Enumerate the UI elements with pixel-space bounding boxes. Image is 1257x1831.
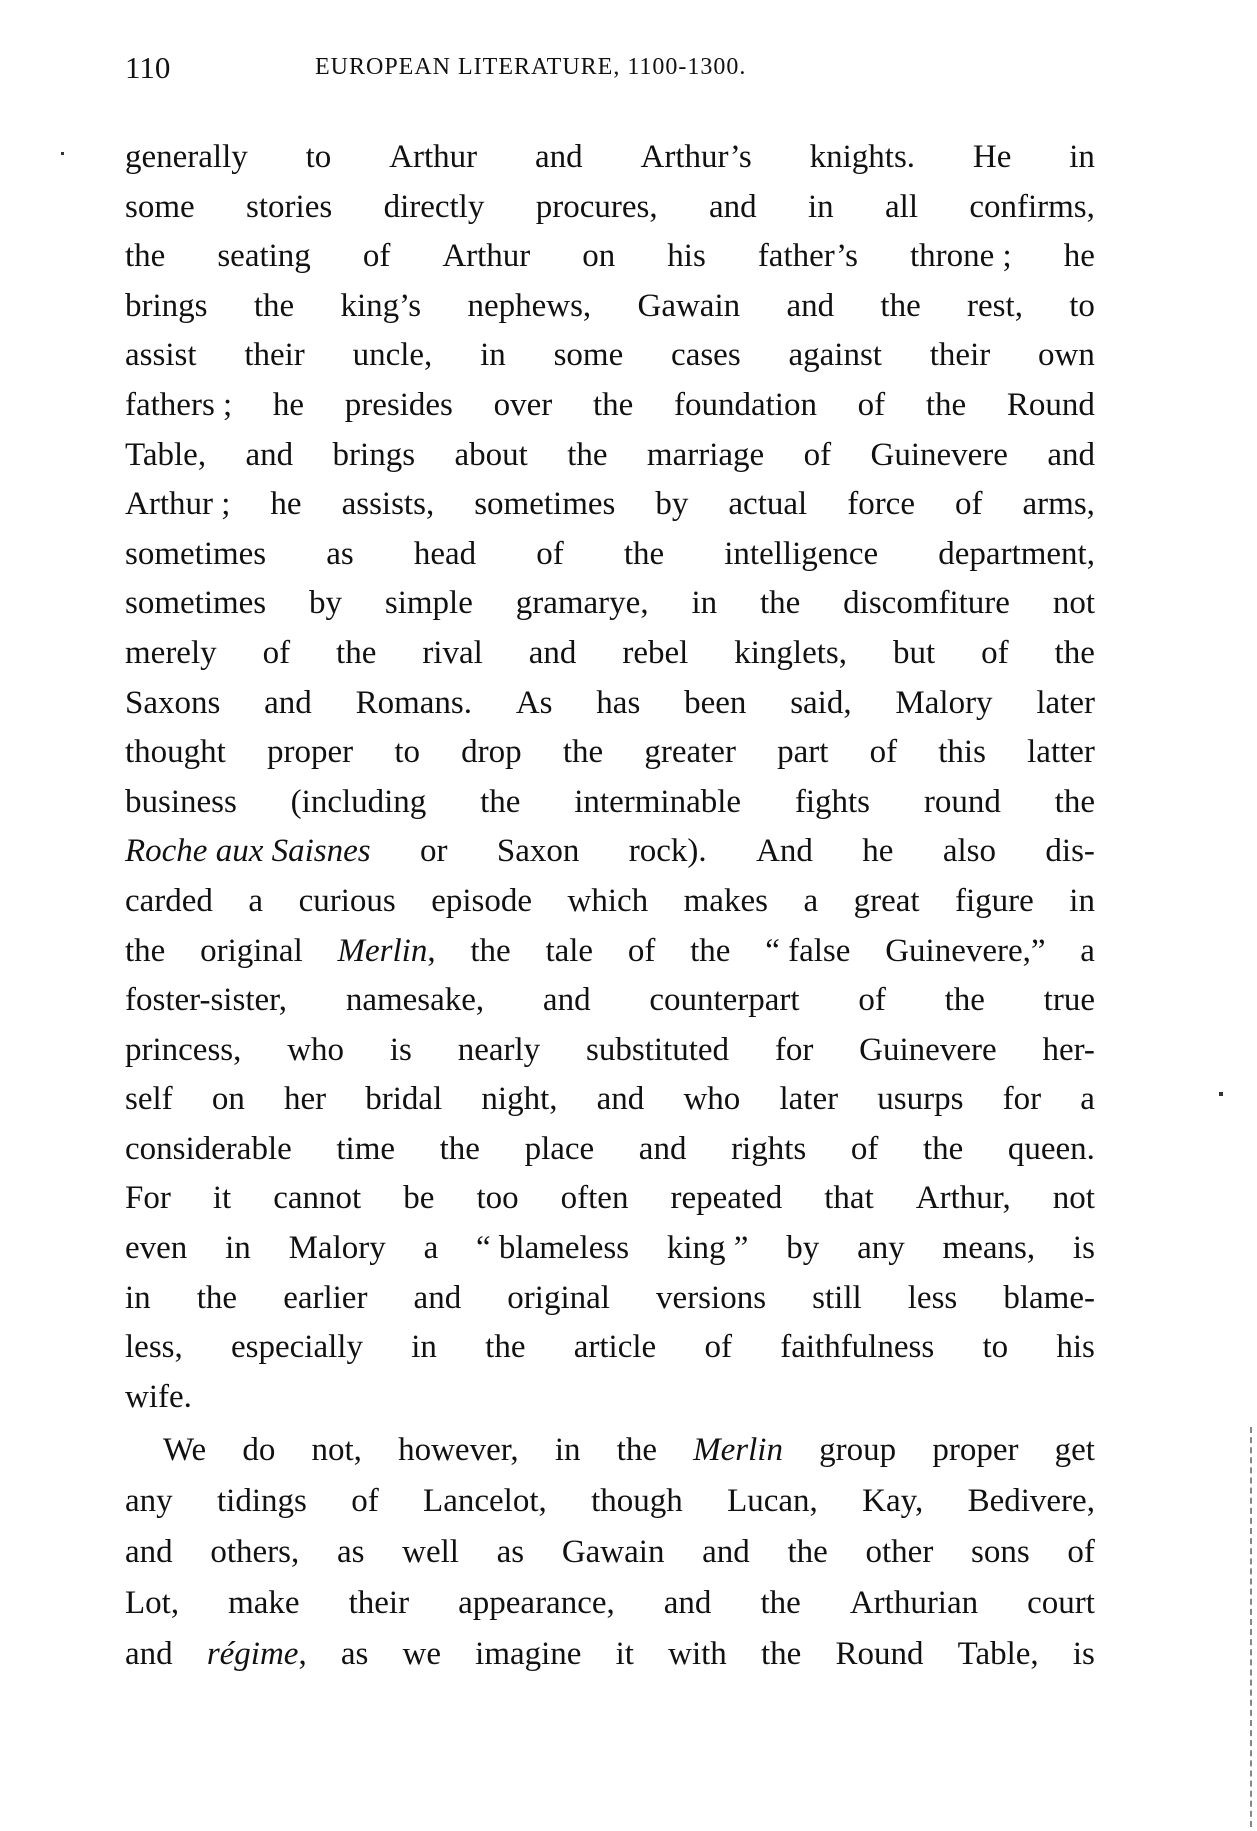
- word: procures,: [536, 183, 658, 233]
- text-line: bringstheking’snephews,Gawainandtherest,…: [125, 282, 1095, 332]
- word: less,: [125, 1323, 183, 1373]
- word: the: [760, 1578, 800, 1629]
- word: a: [1080, 927, 1095, 977]
- word: of: [536, 530, 564, 580]
- word: too: [476, 1174, 518, 1224]
- word: of: [628, 927, 656, 977]
- word: but: [893, 629, 935, 679]
- word: some: [554, 331, 624, 381]
- word: also: [943, 827, 996, 877]
- word: Arthur ;: [125, 480, 230, 530]
- text-line: foster-sister,namesake,andcounterpartoft…: [125, 976, 1095, 1026]
- word: others,: [210, 1527, 299, 1578]
- word: in: [411, 1323, 437, 1373]
- text-line: wife.: [125, 1373, 1095, 1423]
- word: he: [273, 381, 304, 431]
- word: gramarye,: [516, 579, 649, 629]
- text-line: ForitcannotbetoooftenrepeatedthatArthur,…: [125, 1174, 1095, 1224]
- word: the: [125, 927, 165, 977]
- text-line: cardedacuriousepisodewhichmakesagreatfig…: [125, 877, 1095, 927]
- word: of: [263, 629, 291, 679]
- word: as: [341, 1629, 369, 1680]
- word: Round: [1007, 381, 1095, 431]
- word: earlier: [283, 1274, 367, 1324]
- word: Malory: [895, 679, 992, 729]
- word: even: [125, 1224, 187, 1274]
- word: the: [197, 1274, 237, 1324]
- word: any: [125, 1476, 173, 1527]
- word: and: [786, 282, 834, 332]
- word: get: [1055, 1425, 1095, 1476]
- word: Guinevere,”: [885, 927, 1045, 977]
- word: been: [684, 679, 746, 729]
- word: has: [596, 679, 640, 729]
- word: later: [1036, 679, 1095, 729]
- word: father’s: [758, 232, 858, 282]
- word: on: [212, 1075, 245, 1125]
- word: we: [403, 1629, 441, 1680]
- text-line: selfonherbridalnight,andwholaterusurpsfo…: [125, 1075, 1095, 1125]
- word: that: [824, 1174, 873, 1224]
- word: the: [880, 282, 920, 332]
- word: own: [1038, 331, 1095, 381]
- word: of: [955, 480, 983, 530]
- italic-word: Merlin: [693, 1425, 783, 1476]
- word: the: [690, 927, 730, 977]
- word: and: [529, 629, 577, 679]
- word: Gawain: [637, 282, 740, 332]
- word: the: [470, 927, 510, 977]
- word: actual: [728, 480, 807, 530]
- word: drop: [461, 728, 522, 778]
- text-line: sometimesasheadoftheintelligencedepartme…: [125, 530, 1095, 580]
- word: simple: [385, 579, 473, 629]
- word: faithfulness: [780, 1323, 934, 1373]
- word: king’s: [340, 282, 421, 332]
- word: great: [854, 877, 920, 927]
- word: all: [885, 183, 918, 233]
- text-line: Lot,maketheirappearance,andtheArthurianc…: [125, 1578, 1095, 1629]
- text-line: somestoriesdirectlyprocures,andinallconf…: [125, 183, 1095, 233]
- word: interminable: [574, 778, 741, 828]
- word: considerable: [125, 1125, 292, 1175]
- word: of: [804, 431, 832, 481]
- word: presides: [345, 381, 453, 431]
- word: is: [390, 1026, 412, 1076]
- word: for: [775, 1026, 813, 1076]
- word: cases: [671, 331, 741, 381]
- word: rights: [731, 1125, 806, 1175]
- word: marriage: [647, 431, 764, 481]
- word: court: [1027, 1578, 1095, 1629]
- word: and: [597, 1075, 645, 1125]
- text-line: SaxonsandRomans.Ashasbeensaid,Malorylate…: [125, 679, 1095, 729]
- text-line: intheearlierandoriginalversionsstillless…: [125, 1274, 1095, 1324]
- italic-word: Roche aux Saisnes: [125, 827, 371, 877]
- word: Guinevere: [859, 1026, 996, 1076]
- word: as: [497, 1527, 525, 1578]
- word: about: [454, 431, 527, 481]
- word: the: [254, 282, 294, 332]
- word: said,: [790, 679, 851, 729]
- word: it: [616, 1629, 634, 1680]
- word: makes: [684, 877, 768, 927]
- word: in: [808, 183, 834, 233]
- word: her-: [1042, 1026, 1094, 1076]
- word: throne ;: [910, 232, 1012, 282]
- word: the: [125, 232, 165, 282]
- word: a: [424, 1224, 439, 1274]
- word: their: [930, 331, 990, 381]
- word: tale: [545, 927, 593, 977]
- word: later: [779, 1075, 838, 1125]
- text-line: sometimesbysimplegramarye,inthediscomfit…: [125, 579, 1095, 629]
- word: Round: [835, 1629, 923, 1680]
- word: and: [664, 1578, 712, 1629]
- italic-word: régime: [207, 1636, 299, 1672]
- word: night,: [481, 1075, 557, 1125]
- italic-word: Merlin: [338, 933, 428, 969]
- word: dis-: [1045, 827, 1095, 877]
- word: the: [440, 1125, 480, 1175]
- scan-edge-artifact: [1250, 1427, 1254, 1827]
- word: with: [668, 1629, 727, 1680]
- word: or: [420, 827, 448, 877]
- text-line: Roche aux SaisnesorSaxonrock).Andhealsod…: [125, 827, 1095, 877]
- word: the: [923, 1125, 963, 1175]
- word: the: [1055, 778, 1095, 828]
- word: this: [938, 728, 986, 778]
- word: to: [394, 728, 420, 778]
- word: (including: [291, 778, 427, 828]
- word: sometimes: [125, 579, 266, 629]
- word: some: [125, 183, 195, 233]
- page-header: 110 EUROPEAN LITERATURE, 1100-1300.: [125, 50, 1095, 90]
- word: by: [786, 1224, 819, 1274]
- word: Gawain: [562, 1527, 665, 1578]
- word: head: [414, 530, 476, 580]
- text-line: theoriginalMerlin,thetaleofthe“ falseGui…: [125, 927, 1095, 977]
- word: the: [761, 1629, 801, 1680]
- word: for: [1003, 1075, 1041, 1125]
- word: episode: [431, 877, 532, 927]
- word: to: [982, 1323, 1008, 1373]
- word: his: [667, 232, 706, 282]
- word: sons: [971, 1527, 1030, 1578]
- word: Arthurian: [850, 1578, 978, 1629]
- word: the: [567, 431, 607, 481]
- word: of: [363, 232, 391, 282]
- word: proper: [267, 728, 353, 778]
- word: place: [525, 1125, 595, 1175]
- word: by: [655, 480, 688, 530]
- word: the: [926, 381, 966, 431]
- word: still: [812, 1274, 862, 1324]
- word: by: [309, 579, 342, 629]
- word: king ”: [667, 1224, 749, 1274]
- word: it: [213, 1174, 231, 1224]
- word: knights.: [810, 133, 915, 183]
- word: not,: [312, 1425, 362, 1476]
- word: of: [858, 976, 886, 1026]
- word: seating: [217, 232, 310, 282]
- text-line: business(includingtheinterminablefightsr…: [125, 778, 1095, 828]
- word: of: [351, 1476, 379, 1527]
- word: Lancelot,: [423, 1476, 547, 1527]
- text-line: Wedonot,however,intheMerlingroupproperge…: [125, 1425, 1095, 1476]
- word: is: [1073, 1224, 1095, 1274]
- word: of: [1067, 1527, 1095, 1578]
- word: of: [851, 1125, 879, 1175]
- word: the: [563, 728, 603, 778]
- word: he: [270, 480, 301, 530]
- text-line: anytidingsofLancelot,thoughLucan,Kay,Bed…: [125, 1476, 1095, 1527]
- word: We: [163, 1425, 206, 1476]
- word: Bedivere,: [968, 1476, 1095, 1527]
- word: less: [908, 1274, 958, 1324]
- word: nephews,: [467, 282, 591, 332]
- word: princess,: [125, 1026, 241, 1076]
- word: Lot,: [125, 1578, 179, 1629]
- word: and: [543, 976, 591, 1026]
- word: blame-: [1003, 1274, 1095, 1324]
- text-line: merelyoftherivalandrebelkinglets,butofth…: [125, 629, 1095, 679]
- word: means,: [943, 1224, 1036, 1274]
- word: and: [709, 183, 757, 233]
- text-line: Table,andbringsaboutthemarriageofGuineve…: [125, 431, 1095, 481]
- word: greater: [644, 728, 736, 778]
- word: over: [494, 381, 553, 431]
- word: Kay,: [862, 1476, 923, 1527]
- word: their: [244, 331, 304, 381]
- word: stories: [246, 183, 332, 233]
- word: the: [945, 976, 985, 1026]
- word: on: [582, 232, 615, 282]
- word: who: [287, 1026, 344, 1076]
- word: though: [591, 1476, 683, 1527]
- word: of: [704, 1323, 732, 1373]
- word: their: [349, 1578, 409, 1629]
- word: group: [819, 1425, 896, 1476]
- word: intelligence: [724, 530, 878, 580]
- word: in: [225, 1224, 251, 1274]
- word: confirms,: [969, 183, 1095, 233]
- word: usurps: [877, 1075, 963, 1125]
- text-line: assisttheiruncle,insomecasesagainsttheir…: [125, 331, 1095, 381]
- word: Arthur’s: [641, 133, 752, 183]
- word: Lucan,: [727, 1476, 818, 1527]
- paragraph-1: generallytoArthurandArthur’sknights.Hein…: [125, 133, 1095, 1422]
- word: part: [777, 728, 828, 778]
- word: sometimes: [125, 530, 266, 580]
- word: as: [337, 1527, 365, 1578]
- word: Arthur: [389, 133, 477, 183]
- word: figure: [955, 877, 1034, 927]
- word: other: [866, 1527, 934, 1578]
- word: who: [683, 1075, 740, 1125]
- page-number: 110: [125, 50, 170, 86]
- word: the: [617, 1425, 657, 1476]
- word: the: [1055, 629, 1095, 679]
- word: Merlin,: [338, 927, 436, 977]
- word: especially: [231, 1323, 363, 1373]
- word: not: [1053, 1174, 1095, 1224]
- word: and: [125, 1527, 173, 1578]
- word: Table,: [958, 1629, 1039, 1680]
- word: And: [756, 827, 813, 877]
- word: is: [1073, 1629, 1095, 1680]
- word: original: [507, 1274, 610, 1324]
- word: original: [200, 927, 303, 977]
- word: tidings: [217, 1476, 307, 1527]
- word: and: [414, 1274, 462, 1324]
- word: latter: [1027, 728, 1095, 778]
- word: in: [555, 1425, 581, 1476]
- running-head: EUROPEAN LITERATURE, 1100-1300.: [315, 54, 746, 81]
- text-line: princess,whoisnearlysubstitutedforGuinev…: [125, 1026, 1095, 1076]
- word: not: [1053, 579, 1095, 629]
- word: As: [516, 679, 553, 729]
- text-line: fathers ;hepresidesoverthefoundationofth…: [125, 381, 1095, 431]
- word: rebel: [622, 629, 688, 679]
- word: counterpart: [649, 976, 799, 1026]
- word: often: [561, 1174, 629, 1224]
- word: Table,: [125, 431, 206, 481]
- word: the: [480, 778, 520, 828]
- word: true: [1044, 976, 1095, 1026]
- word: and: [639, 1125, 687, 1175]
- text-line: considerabletimetheplaceandrightsofthequ…: [125, 1125, 1095, 1175]
- word: and: [702, 1527, 750, 1578]
- word: brings: [333, 431, 416, 481]
- word: carded: [125, 877, 213, 927]
- word: thought: [125, 728, 226, 778]
- word: he: [1064, 232, 1095, 282]
- word: Saxon: [497, 827, 580, 877]
- word: and: [535, 133, 583, 183]
- word: fathers ;: [125, 381, 232, 431]
- word: wife.: [125, 1373, 192, 1423]
- text-line: andrégime,asweimagineitwiththeRoundTable…: [125, 1629, 1095, 1680]
- text-line: less,especiallyinthearticleoffaithfulnes…: [125, 1323, 1095, 1373]
- word: appearance,: [458, 1578, 615, 1629]
- word: to: [1069, 282, 1095, 332]
- word: the: [485, 1323, 525, 1373]
- word: department,: [938, 530, 1095, 580]
- word: to: [306, 133, 332, 183]
- word: of: [981, 629, 1009, 679]
- word: in: [1069, 877, 1095, 927]
- word: however,: [398, 1425, 519, 1476]
- word: of: [870, 728, 898, 778]
- word: he: [862, 827, 893, 877]
- word: of: [858, 381, 886, 431]
- word: round: [924, 778, 1001, 828]
- word: in: [691, 579, 717, 629]
- word: force: [847, 480, 915, 530]
- word: brings: [125, 282, 208, 332]
- text-line: Arthur ;heassists,sometimesbyactualforce…: [125, 480, 1095, 530]
- word: rest,: [967, 282, 1023, 332]
- word: a: [1080, 1075, 1095, 1125]
- word: arms,: [1023, 480, 1095, 530]
- scan-speck: [1219, 1092, 1223, 1096]
- word: “ false: [765, 927, 850, 977]
- word: Malory: [289, 1224, 386, 1274]
- word: rock).: [629, 827, 707, 877]
- word: substituted: [586, 1026, 729, 1076]
- word: her: [284, 1075, 326, 1125]
- word: fights: [795, 778, 870, 828]
- text-line: theseatingofArthuronhisfather’sthrone ;h…: [125, 232, 1095, 282]
- word: uncle,: [353, 331, 433, 381]
- body-text: generallytoArthurandArthur’sknights.Hein…: [125, 133, 1095, 1680]
- word: self: [125, 1075, 173, 1125]
- word: in: [480, 331, 506, 381]
- paragraph-2: Wedonot,however,intheMerlingroupproperge…: [125, 1425, 1095, 1680]
- scan-speck: [61, 152, 64, 155]
- text-line: eveninMalorya“ blamelessking ”byanymeans…: [125, 1224, 1095, 1274]
- word: assist: [125, 331, 197, 381]
- word: time: [336, 1125, 395, 1175]
- word: and: [1047, 431, 1095, 481]
- word: assists,: [342, 480, 435, 530]
- word: discomfiture: [843, 579, 1010, 629]
- word: bridal: [365, 1075, 442, 1125]
- text-line: thoughtpropertodropthegreaterpartofthisl…: [125, 728, 1095, 778]
- word: merely: [125, 629, 217, 679]
- word: foster-sister,: [125, 976, 287, 1026]
- word: namesake,: [346, 976, 484, 1026]
- word: and: [245, 431, 293, 481]
- word: generally: [125, 133, 248, 183]
- word: in: [1069, 133, 1095, 183]
- word: a: [803, 877, 818, 927]
- word: the: [624, 530, 664, 580]
- word: a: [248, 877, 263, 927]
- word: curious: [299, 877, 396, 927]
- word: Arthur,: [916, 1174, 1011, 1224]
- word: the: [760, 579, 800, 629]
- word: make: [228, 1578, 299, 1629]
- word: as: [326, 530, 354, 580]
- word: Arthur: [442, 232, 530, 282]
- word: directly: [384, 183, 485, 233]
- word: the: [336, 629, 376, 679]
- word: Saxons: [125, 679, 220, 729]
- word: For: [125, 1174, 171, 1224]
- word: cannot: [273, 1174, 361, 1224]
- word: régime,: [207, 1629, 307, 1680]
- word: foundation: [674, 381, 817, 431]
- word: repeated: [670, 1174, 782, 1224]
- word: and: [264, 679, 312, 729]
- word: proper: [932, 1425, 1018, 1476]
- word: article: [574, 1323, 656, 1373]
- word: rival: [422, 629, 482, 679]
- word: He: [973, 133, 1011, 183]
- word: his: [1056, 1323, 1095, 1373]
- word: “ blameless: [476, 1224, 629, 1274]
- word: imagine: [475, 1629, 581, 1680]
- word: Romans.: [356, 679, 472, 729]
- word: in: [125, 1274, 151, 1324]
- word: versions: [656, 1274, 766, 1324]
- word: and: [125, 1629, 173, 1680]
- word: kinglets,: [734, 629, 847, 679]
- word: do: [242, 1425, 275, 1476]
- word: business: [125, 778, 237, 828]
